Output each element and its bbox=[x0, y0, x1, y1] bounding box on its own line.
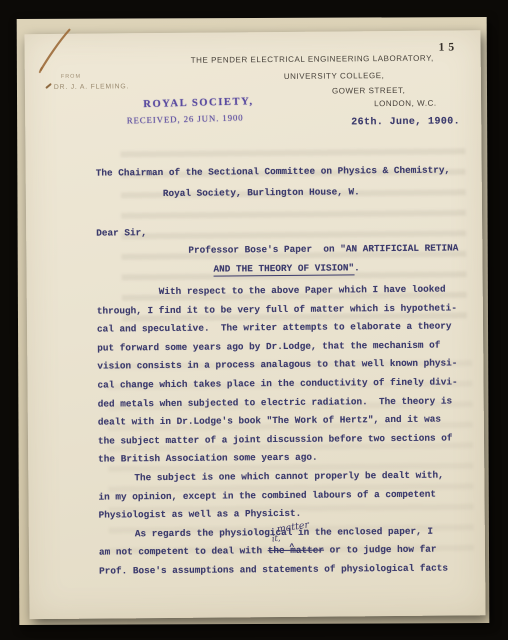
sender-from-label: FROM bbox=[61, 74, 81, 80]
letter-body: With respect to the above Paper which I … bbox=[97, 283, 486, 584]
sender-name: DR. J. A. FLEMING. bbox=[54, 83, 129, 91]
body-text-segment: or to judge how far bbox=[324, 544, 437, 556]
letterhead-line-3: GOWER STREET, bbox=[332, 86, 405, 96]
body-text-segment: in the enclosed paper, I bbox=[292, 525, 433, 537]
page-number: 15 bbox=[439, 41, 459, 53]
subject-line-1: Professor Bose's Paper on "AN ARTIFICIAL… bbox=[188, 242, 458, 255]
salutation: Dear Sir, bbox=[96, 227, 147, 238]
subject-underlined-text: AND THE THEORY OF VISION" bbox=[213, 262, 354, 276]
struck-text-content: the matter bbox=[268, 545, 324, 556]
letterhead-line-4: LONDON, W.C. bbox=[374, 99, 437, 109]
letterhead-line-2: UNIVERSITY COLLEGE, bbox=[284, 71, 385, 81]
struck-text: the matterit, bbox=[268, 545, 324, 556]
recipient-line-2: Royal Society, Burlington House, W. bbox=[163, 186, 360, 199]
body-text-segment: am not competent to deal with bbox=[99, 545, 268, 557]
pen-tick-mark bbox=[45, 83, 51, 89]
stamp-society-line: ROYAL SOCIETY, bbox=[143, 96, 254, 110]
handwritten-replacement-it: it, bbox=[271, 533, 281, 546]
recipient-line-1: The Chairman of the Sectional Committee … bbox=[96, 164, 451, 178]
subject-tail: . bbox=[354, 262, 360, 273]
letter-page: 15 FROM DR. J. A. FLEMING. THE PENDER EL… bbox=[24, 30, 485, 619]
scan-background: 15 FROM DR. J. A. FLEMING. THE PENDER EL… bbox=[0, 0, 508, 640]
pen-slash-mark bbox=[34, 26, 76, 76]
letterhead-line-1: THE PENDER ELECTRICAL ENGINEERING LABORA… bbox=[191, 54, 434, 65]
body-text-segment: As regards the physiological bbox=[135, 527, 293, 539]
stamp-received-line: RECEIVED, 26 JUN. 1900 bbox=[127, 113, 244, 126]
body-line: Prof. Bose's assumptions and statements … bbox=[99, 562, 485, 584]
date-line: 26th. June, 1900. bbox=[351, 116, 460, 128]
subject-line-2: AND THE THEORY OF VISION". bbox=[213, 262, 359, 274]
